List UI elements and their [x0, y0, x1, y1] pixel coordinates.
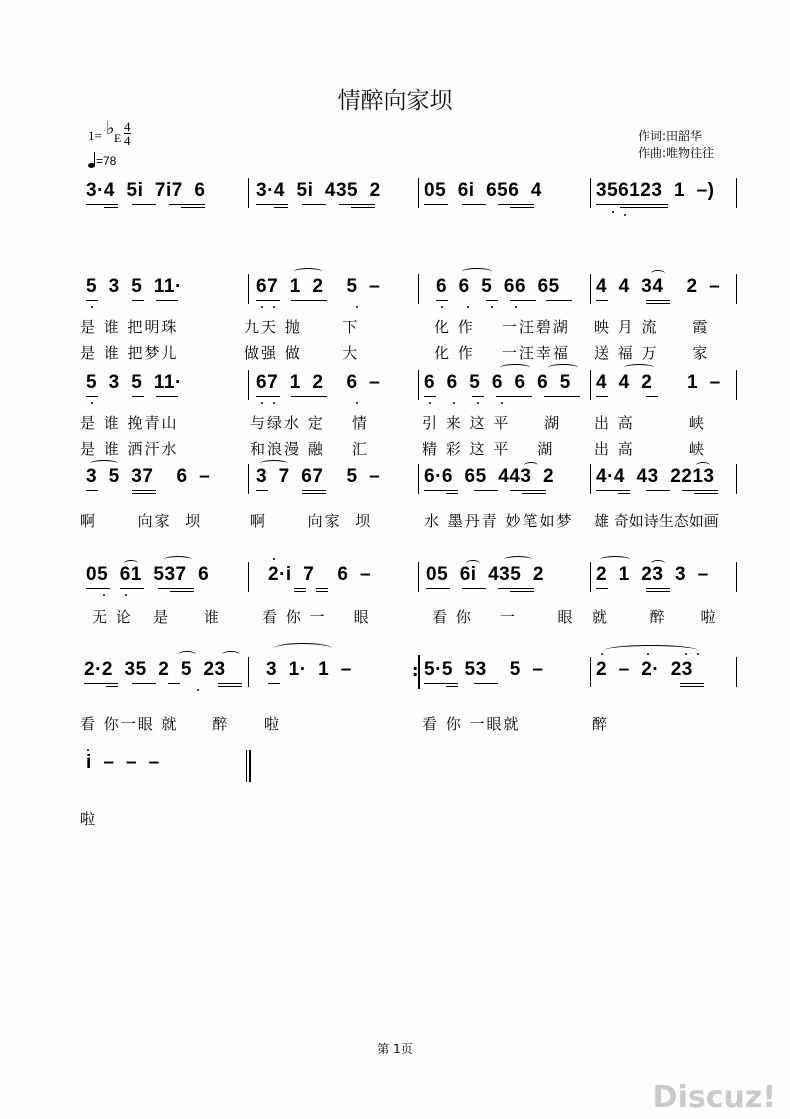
lyric: 送 福 万 家	[594, 342, 709, 363]
lyric: 看 你 一 眼	[262, 606, 371, 627]
measure: 4·4 43 2213	[596, 466, 714, 488]
watermark-logo: Discuz!	[653, 1080, 776, 1115]
lyric: 是 谁 把明珠	[80, 316, 179, 337]
measure: 05 6i 656 4	[424, 180, 542, 202]
time-top: 4	[124, 120, 131, 133]
lyric: 啦	[80, 808, 97, 829]
barline	[736, 657, 737, 687]
time-bottom: 4	[124, 133, 131, 147]
lyric: 和浪漫 融 汇	[250, 438, 369, 459]
key-prefix: 1=	[88, 128, 102, 143]
measure: 05 61 537 6	[86, 564, 209, 586]
key-note: E	[114, 131, 121, 146]
lyric: 化 作 一汪碧湖	[434, 316, 570, 337]
lyric: 啊 向家 坝	[250, 510, 372, 531]
lyric: 看 你一眼 就 醉	[80, 713, 229, 734]
barline	[590, 274, 591, 304]
barline	[248, 464, 249, 494]
barline	[248, 370, 249, 400]
barline	[736, 562, 737, 592]
barline	[590, 562, 591, 592]
barline	[736, 370, 737, 400]
tempo-marking: =78	[88, 152, 116, 168]
lyric: 醉	[592, 713, 609, 734]
barline	[590, 178, 591, 208]
measure: 2 – 2· 23	[596, 659, 693, 681]
measure: 3·4 5i 435 2	[256, 180, 381, 202]
lyric: 啊 向家 坝	[80, 510, 202, 531]
quarter-note-icon	[88, 152, 96, 168]
tempo-value: =78	[96, 154, 116, 168]
measure: 5 3 5 11·	[86, 372, 182, 394]
lyric: 看 你 一眼就	[422, 713, 521, 734]
key-signature: 1=	[88, 128, 102, 144]
credits: 作词:田韶华 作曲:唯物往往	[638, 128, 714, 162]
page-number: 第 1页	[0, 1040, 790, 1057]
barline	[590, 370, 591, 400]
barline	[736, 178, 737, 208]
lyric: 就 醉 啦	[592, 606, 717, 627]
barline	[418, 370, 419, 400]
lyric: 化 作 一汪幸福	[434, 342, 570, 363]
repeat-barline	[418, 655, 420, 689]
lyric: 雄 奇如诗生态如画	[594, 510, 719, 531]
lyric: 精 彩 这 平 湖	[422, 438, 554, 459]
final-barline-thin	[246, 750, 247, 782]
measure: 3 7 67 5 –	[256, 466, 380, 488]
barline	[248, 274, 249, 304]
barline	[736, 274, 737, 304]
measure: 5·5 53 5 –	[424, 659, 543, 681]
measure: 2·i 7 6 –	[268, 564, 371, 586]
measure: 4 4 2 1 –	[596, 372, 721, 394]
barline	[418, 178, 419, 208]
barline	[248, 657, 249, 687]
barline	[418, 562, 419, 592]
lyric: 是 谁 挽青山	[80, 412, 179, 433]
barline	[736, 464, 737, 494]
measure: 3 1· 1 –	[266, 659, 352, 681]
final-barline-thick	[249, 750, 251, 782]
measure: 2·2 35 2 5 23	[84, 659, 226, 681]
measure: 6 6 5 66 65	[436, 276, 560, 298]
barline	[590, 464, 591, 494]
composer: 作曲:唯物往往	[638, 145, 714, 162]
measure: 67 1 2 6 –	[256, 372, 380, 394]
lyric: 九天 抛 下	[244, 316, 359, 337]
lyric: 水 墨丹青 妙笔如梦	[424, 510, 574, 531]
lyric: 映 月 流 霞	[594, 316, 709, 337]
measure: 5 3 5 11·	[86, 276, 182, 298]
measure: 6·6 65 443 2	[424, 466, 554, 488]
lyric: 出 高 峡	[594, 412, 706, 433]
lyricist: 作词:田韶华	[638, 128, 714, 145]
lyric: 做强 做 大	[244, 342, 359, 363]
measure: 2 1 23 3 –	[596, 564, 709, 586]
measure: 05 6i 435 2	[426, 564, 544, 586]
lyric: 是 谁 洒汗水	[80, 438, 179, 459]
measure: 67 1 2 5 –	[256, 276, 380, 298]
song-title: 情醉向家坝	[0, 82, 790, 115]
barline	[248, 178, 249, 208]
measure: 3·4 5i 7i7 6	[86, 180, 205, 202]
lyric: 看 你 一 眼	[432, 606, 574, 627]
measure: i – – –	[86, 752, 160, 774]
lyric: 与绿水 定 情	[250, 412, 369, 433]
measure: 4 4 34 2 –	[596, 276, 720, 298]
barline	[418, 464, 419, 494]
barline	[418, 274, 419, 304]
measure: 3 5 37 6 –	[86, 466, 210, 488]
lyric: 无 论 是 谁	[92, 606, 221, 627]
barline	[248, 562, 249, 592]
lyric: 引 来 这 平 湖	[422, 412, 561, 433]
lyric: 是 谁 把梦儿	[80, 342, 179, 363]
time-signature: 4 4	[124, 120, 131, 147]
measure: 6 6 5 6 6 6 5	[424, 372, 571, 394]
barline	[590, 657, 591, 687]
lyric: 出 高 峡	[594, 438, 706, 459]
lyric: 啦	[264, 713, 281, 734]
measure: 356123 1 –)	[596, 180, 714, 202]
